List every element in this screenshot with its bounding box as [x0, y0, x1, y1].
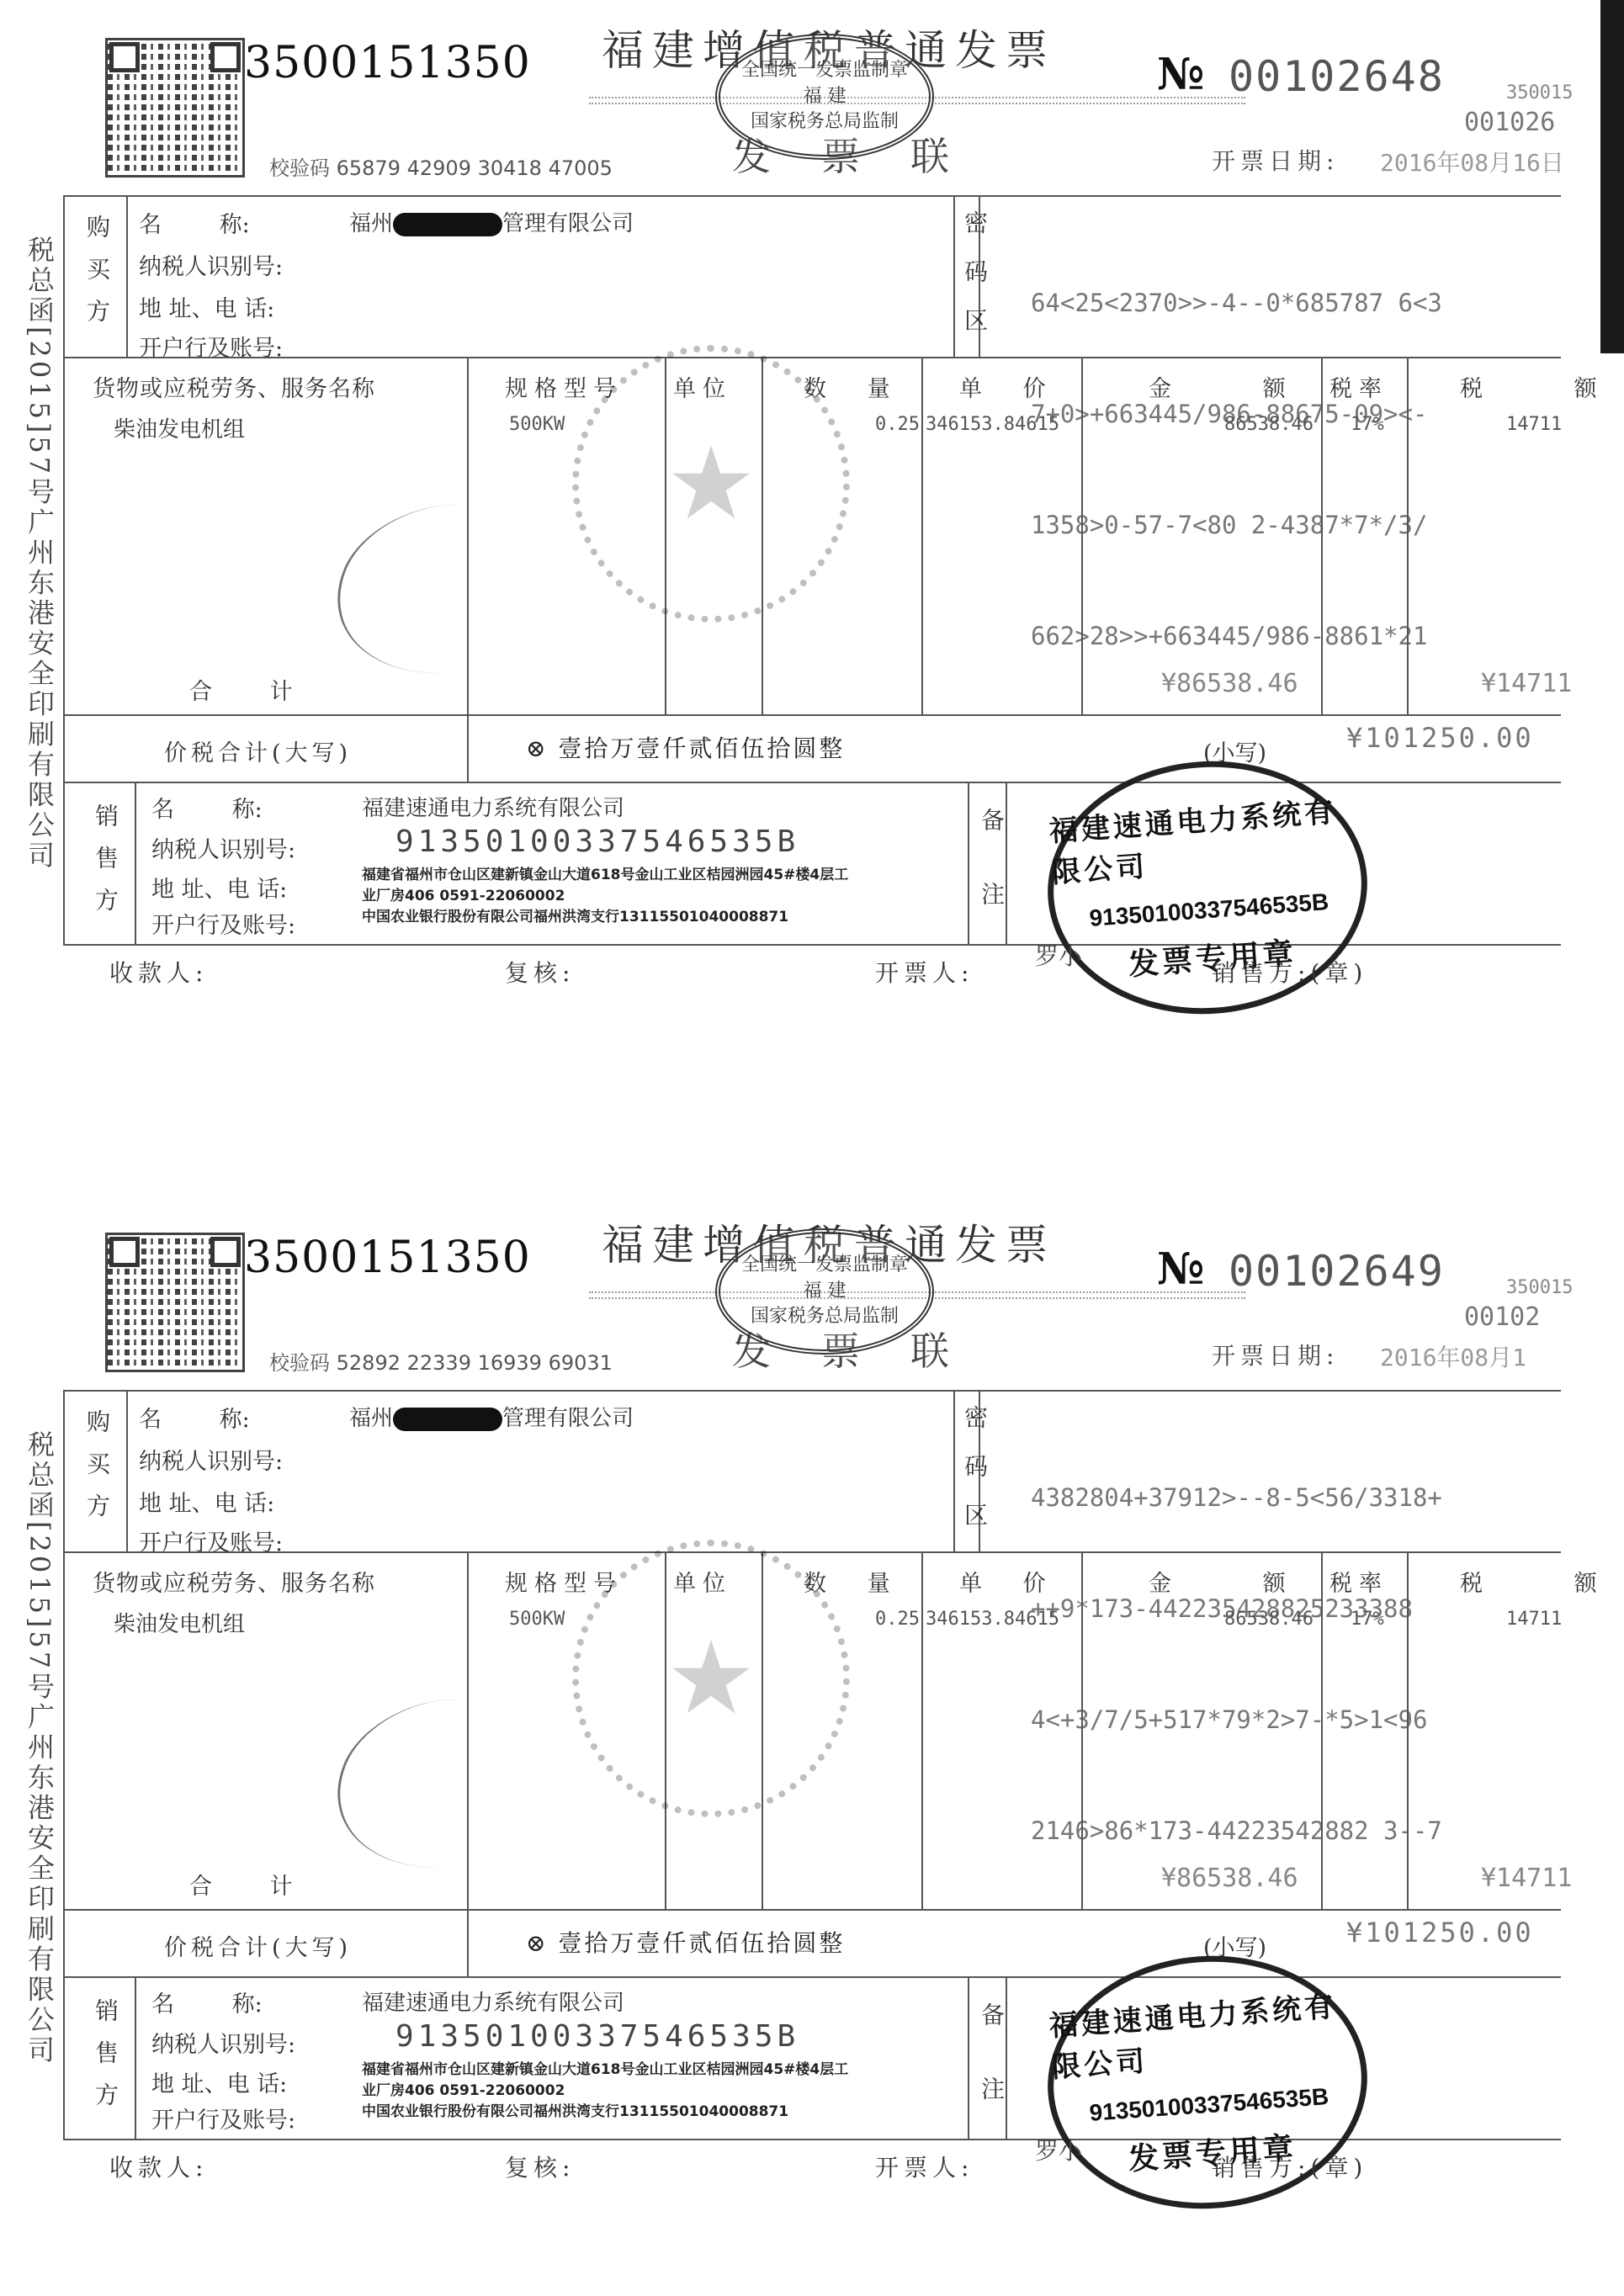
date-label: 开票日期: — [1212, 1338, 1339, 1371]
tax-bureau-seal: 全国统一发票监制章 福 建 国家税务总局监制 — [715, 1228, 934, 1355]
buyer-taxid-label: 纳税人识别号: — [139, 248, 283, 281]
seller-section-label: 销售方 — [88, 803, 122, 930]
qr-code — [105, 1233, 245, 1372]
item-qty: 0.25 — [875, 414, 920, 435]
grand-total-figure: ¥101250.00 — [1346, 1917, 1534, 1949]
item-rate: 17% — [1351, 1609, 1384, 1630]
check-code-label: 校验码 — [269, 156, 330, 180]
seller-taxid-value: 91350100337546535B — [395, 825, 799, 859]
total-amount: ¥86538.46 — [1161, 1864, 1298, 1893]
qr-code — [105, 38, 245, 178]
footer-issuer: 开票人: — [875, 955, 974, 989]
seller-address-line2: 业厂房406 0591-22060002 — [362, 2078, 565, 2099]
date-label: 开票日期: — [1212, 143, 1339, 177]
tax-bureau-seal: 全国统一发票监制章 福 建 国家税务总局监制 — [715, 34, 934, 160]
footer-reviewer: 复核: — [505, 955, 575, 989]
table-left-border — [63, 1390, 65, 2139]
cipher-text: 4382804+37912>--8-5<56/3318+ ++9*173-442… — [1031, 1405, 1442, 1923]
seller-taxid-label: 纳税人识别号: — [151, 831, 295, 864]
col-header-rate: 税率 — [1329, 1565, 1388, 1598]
buyer-divider — [126, 1390, 128, 1551]
col-divider-price — [921, 1551, 923, 1909]
item-name: 柴油发电机组 — [114, 412, 245, 443]
total-amount: ¥86538.46 — [1161, 669, 1298, 698]
grand-total-divider — [467, 714, 469, 782]
right-code-mid: 00102 — [1464, 1302, 1540, 1332]
table-top-border — [63, 195, 1561, 197]
remarks-left-border — [968, 782, 969, 944]
seller-taxid-label: 纳税人识别号: — [151, 2026, 295, 2059]
col-divider-tax — [1407, 1551, 1409, 1909]
seller-name-label: 名 称: — [151, 1986, 263, 2018]
circle-x-icon: ⊗ — [526, 1929, 558, 1957]
seller-address-label: 地 址、电 话: — [151, 2065, 287, 2098]
invoice-number: 00102648 — [1229, 52, 1445, 101]
col-divider-price — [921, 357, 923, 714]
col-header-amount: 金 额 — [1149, 1565, 1328, 1598]
grand-total-divider — [467, 1909, 469, 1976]
grand-total-words-text: 壹拾万壹仟贰佰伍拾圆整 — [558, 1929, 845, 1957]
footer-reviewer: 复核: — [505, 2150, 575, 2183]
seller-divider — [135, 1976, 136, 2139]
footer-payee: 收款人: — [109, 955, 208, 989]
seller-name-label: 名 称: — [151, 791, 263, 824]
buyer-name-value: 福州管理有限公司 — [349, 1401, 634, 1432]
number-mark: № — [1157, 49, 1205, 100]
buyer-name-suffix: 管理有限公司 — [502, 211, 634, 236]
grand-total-label: 价税合计(大写) — [164, 1929, 352, 1962]
col-header-rate: 税率 — [1329, 370, 1388, 403]
seller-name-value: 福建速通电力系统有限公司 — [362, 1986, 624, 2017]
grand-total-words-text: 壹拾万壹仟贰佰伍拾圆整 — [558, 734, 845, 762]
buyer-taxid-label: 纳税人识别号: — [139, 1443, 283, 1476]
invoice-code: 3500151350 — [244, 38, 531, 88]
total-label: 合 计 — [189, 1868, 293, 1901]
remarks-label: 备注 — [974, 2002, 1008, 2150]
issuer-name: 罗小 — [1035, 938, 1082, 972]
seal-tax-id: 91350100337546535B — [1089, 888, 1329, 932]
tax-seal-line1: 全国统一发票监制章 — [741, 1253, 908, 1279]
circle-x-icon: ⊗ — [526, 734, 558, 762]
handwritten-signature — [306, 1699, 589, 1868]
tax-seal-line3: 国家税务总局监制 — [751, 109, 899, 135]
col-header-amount: 金 额 — [1149, 370, 1328, 403]
grand-total-words: ⊗ 壹拾万壹仟贰佰伍拾圆整 — [526, 1925, 845, 1959]
seller-address-line2: 业厂房406 0591-22060002 — [362, 883, 565, 904]
cipher-line: 4<+3/7/5+517*79*2>7-*5>1<96 — [1031, 1701, 1442, 1738]
invoice-2: 税总函[2015]57号广州东港安全印刷有限公司 3500151350 校验码 … — [0, 1195, 1624, 2288]
col-header-name: 货物或应税劳务、服务名称 — [93, 370, 375, 403]
footer-payee: 收款人: — [109, 2150, 208, 2183]
grand-total-top-border — [63, 714, 1561, 716]
check-code-label: 校验码 — [269, 1351, 330, 1375]
seller-address-line1: 福建省福州市仓山区建新镇金山大道618号金山工业区桔园洲园45#楼4层工 — [362, 862, 848, 883]
cipher-text: 64<25<2370>>-4--0*685787 6<3 7+0>+663445… — [1031, 210, 1442, 729]
footer-issuer: 开票人: — [875, 2150, 974, 2183]
check-code-value: 65879 42909 30418 47005 — [337, 156, 613, 180]
footer-seller-seal: 销售方:(章) — [1212, 2150, 1367, 2183]
handwritten-signature — [306, 505, 589, 673]
seller-address-label: 地 址、电 话: — [151, 871, 287, 904]
seller-bank-value: 中国农业银行股份有限公司福州洪湾支行13115501040008871 — [362, 2099, 788, 2120]
tax-seal-line2: 福 建 — [804, 1279, 846, 1305]
seal-company-name: 福建速通电力系统有限公司 — [1048, 787, 1361, 890]
cipher-line: 662>28>>+663445/986-8861*21 — [1031, 618, 1442, 655]
cipher-section-label: 密码区 — [958, 1405, 991, 1551]
total-tax: ¥14711 — [1481, 669, 1572, 698]
item-rate: 17% — [1351, 414, 1384, 435]
tax-seal-line3: 国家税务总局监制 — [751, 1304, 899, 1330]
right-code-mid: 001026 — [1464, 108, 1555, 137]
item-tax: 14711 — [1506, 414, 1562, 435]
buyer-divider — [126, 195, 128, 357]
buyer-address-label: 地 址、电 话: — [139, 1485, 274, 1518]
seller-name-value: 福建速通电力系统有限公司 — [362, 791, 624, 822]
issuer-name: 罗小 — [1035, 2133, 1082, 2166]
col-divider-rate — [1321, 357, 1323, 714]
invoice-code: 3500151350 — [244, 1233, 531, 1283]
cipher-line: 2146>86*173-44223542882 3--7 — [1031, 1812, 1442, 1849]
buyer-name-suffix: 管理有限公司 — [502, 1406, 634, 1431]
cipher-line: 64<25<2370>>-4--0*685787 6<3 — [1031, 284, 1442, 321]
seal-company-name: 福建速通电力系统有限公司 — [1048, 1981, 1361, 2085]
items-top-border — [63, 1551, 1561, 1553]
buyer-name-prefix: 福州 — [349, 1406, 393, 1431]
seller-taxid-value: 91350100337546535B — [395, 2019, 799, 2054]
table-left-border — [63, 195, 65, 944]
check-code-value: 52892 22339 16939 69031 — [337, 1351, 613, 1375]
faded-seal-mark: ★ — [572, 345, 850, 623]
printer-side-text: 税总函[2015]57号广州东港安全印刷有限公司 — [25, 1430, 59, 2065]
col-header-price: 单 价 — [959, 1565, 1063, 1598]
date-value: 2016年08月16日 — [1380, 145, 1564, 178]
item-tax: 14711 — [1506, 1609, 1562, 1630]
grand-total-figure: ¥101250.00 — [1346, 722, 1534, 754]
cipher-line: 4382804+37912>--8-5<56/3318+ — [1031, 1479, 1442, 1516]
remarks-left-border — [968, 1976, 969, 2139]
col-header-name: 货物或应税劳务、服务名称 — [93, 1565, 375, 1598]
redaction-mark — [393, 213, 502, 236]
item-amount: 86538.46 — [1224, 414, 1314, 435]
item-spec: 500KW — [509, 1609, 565, 1630]
col-divider-amount — [1081, 357, 1083, 714]
item-price: 346153.84615 — [926, 414, 1059, 435]
invoice-1: 税总函[2015]57号广州东港安全印刷有限公司 3500151350 校验码 … — [0, 0, 1624, 1094]
item-spec: 500KW — [509, 414, 565, 435]
grand-total-top-border — [63, 1909, 1561, 1911]
buyer-name-label: 名 称: — [139, 1401, 250, 1434]
item-amount: 86538.46 — [1224, 1609, 1314, 1630]
seller-top-border — [63, 1976, 1561, 1978]
buyer-name-prefix: 福州 — [349, 211, 393, 236]
grand-total-label: 价税合计(大写) — [164, 734, 352, 767]
col-header-tax: 税 额 — [1460, 1565, 1624, 1598]
item-qty: 0.25 — [875, 1609, 920, 1630]
remarks-label: 备注 — [974, 808, 1008, 956]
printer-side-text: 税总函[2015]57号广州东港安全印刷有限公司 — [25, 236, 59, 871]
right-code-top: 350015 — [1506, 82, 1573, 103]
buyer-name-value: 福州管理有限公司 — [349, 206, 634, 237]
buyer-section-label: 购买方 — [80, 215, 114, 341]
check-code: 校验码 52892 22339 16939 69031 — [269, 1346, 613, 1376]
seller-section-label: 销售方 — [88, 1998, 122, 2124]
check-code: 校验码 65879 42909 30418 47005 — [269, 151, 613, 181]
col-divider-amount — [1081, 1551, 1083, 1909]
buyer-name-label: 名 称: — [139, 206, 250, 239]
seller-address-line1: 福建省福州市仓山区建新镇金山大道618号金山工业区桔园洲园45#楼4层工 — [362, 2057, 848, 2078]
total-label: 合 计 — [189, 673, 293, 706]
cipher-left-border — [953, 195, 955, 357]
cipher-left-border — [953, 1390, 955, 1551]
seller-top-border — [63, 782, 1561, 783]
total-tax: ¥14711 — [1481, 1864, 1572, 1893]
seller-divider — [135, 782, 136, 944]
grand-total-words: ⊗ 壹拾万壹仟贰佰伍拾圆整 — [526, 730, 845, 764]
items-top-border — [63, 357, 1561, 358]
buyer-section-label: 购买方 — [80, 1409, 114, 1535]
col-header-price: 单 价 — [959, 370, 1063, 403]
item-name: 柴油发电机组 — [114, 1607, 245, 1638]
footer-seller-seal: 销售方:(章) — [1212, 955, 1367, 989]
col-header-tax: 税 额 — [1460, 370, 1624, 403]
seller-bank-value: 中国农业银行股份有限公司福州洪湾支行13115501040008871 — [362, 904, 788, 925]
tax-seal-line2: 福 建 — [804, 84, 846, 110]
seller-bank-label: 开户行及账号: — [151, 2102, 295, 2134]
right-code-top: 350015 — [1506, 1277, 1573, 1298]
item-price: 346153.84615 — [926, 1609, 1059, 1630]
seller-bank-label: 开户行及账号: — [151, 907, 295, 940]
date-value: 2016年08月1 — [1380, 1339, 1526, 1373]
redaction-mark — [393, 1408, 502, 1431]
buyer-address-label: 地 址、电 话: — [139, 290, 274, 323]
cipher-line: 1358>0-57-7<80 2-4387*7*/3/ — [1031, 506, 1442, 544]
seal-tax-id: 91350100337546535B — [1089, 2083, 1329, 2127]
faded-seal-mark: ★ — [572, 1540, 850, 1817]
cipher-section-label: 密码区 — [958, 210, 991, 357]
table-top-border — [63, 1390, 1561, 1392]
col-divider-tax — [1407, 357, 1409, 714]
number-mark: № — [1157, 1243, 1205, 1295]
invoice-number: 00102649 — [1229, 1247, 1445, 1296]
col-divider-rate — [1321, 1551, 1323, 1909]
tax-seal-line1: 全国统一发票监制章 — [741, 58, 908, 84]
